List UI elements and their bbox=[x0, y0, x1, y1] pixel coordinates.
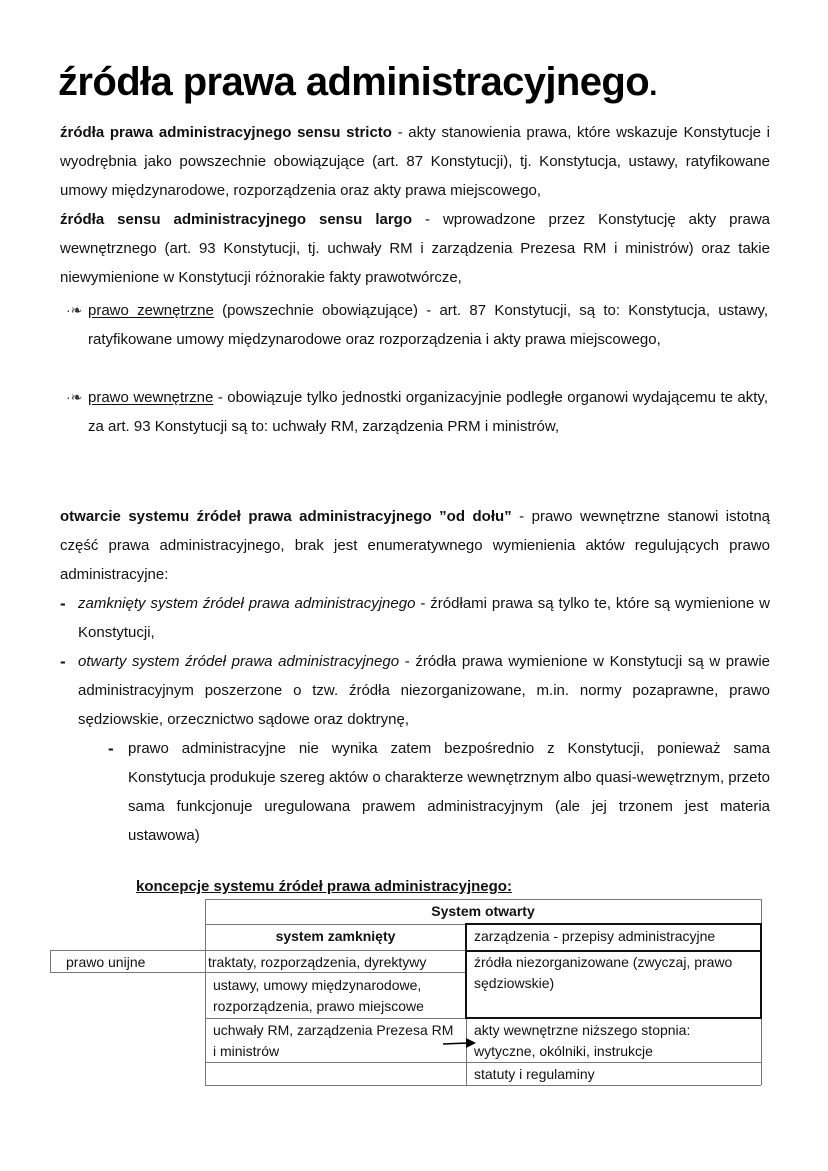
bullet-prawo-wewnetrzne: ·❧prawo wewnętrzne - obowiązuje tylko je… bbox=[88, 383, 768, 441]
table-rule bbox=[205, 1085, 761, 1086]
dash-bullet-icon: - bbox=[108, 734, 114, 763]
dash-item-zamkniety: -zamknięty system źródeł prawa administr… bbox=[78, 589, 770, 647]
table-cell bbox=[205, 1062, 466, 1085]
dash-item-otwarty: -otwarty system źródeł prawa administrac… bbox=[78, 647, 770, 734]
header-system-otwarty: System otwarty bbox=[205, 899, 761, 924]
bullet-term: prawo zewnętrzne bbox=[88, 302, 214, 319]
page-title-text: źródła prawa administracyjnego bbox=[58, 60, 649, 104]
table-rule bbox=[50, 950, 51, 972]
dash-term: zamknięty system źródeł prawa administra… bbox=[78, 595, 415, 612]
subdash-item: -prawo administracyjne nie wynika zatem … bbox=[128, 734, 770, 850]
page-title: źródła prawa administracyjnego. bbox=[58, 62, 657, 102]
paragraph-sensu-stricto: źródła prawa administracyjnego sensu str… bbox=[60, 118, 770, 205]
paragraph-sensu-largo: źródła sensu administracyjnego sensu lar… bbox=[60, 205, 770, 292]
bullet-prawo-zewnetrzne: ·❧prawo zewnętrzne (powszechnie obowiązu… bbox=[88, 296, 768, 354]
table-cell: statuty i regulaminy bbox=[466, 1062, 761, 1085]
page-title-dot: . bbox=[649, 69, 657, 102]
fern-bullet-icon: ·❧ bbox=[66, 296, 82, 325]
header-system-zamkniety: system zamknięty bbox=[205, 924, 466, 950]
term-sensu-largo: źródła sensu administracyjnego sensu lar… bbox=[60, 211, 412, 228]
term-sensu-stricto: źródła prawa administracyjnego sensu str… bbox=[60, 124, 392, 141]
subdash-text: prawo administracyjne nie wynika zatem b… bbox=[128, 740, 770, 844]
table-cell: ustawy, umowy międzynarodowe, rozporządz… bbox=[205, 973, 466, 1018]
arrow-right-icon bbox=[442, 1036, 478, 1050]
paragraph-otwarcie-systemu: otwarcie systemu źródeł prawa administra… bbox=[60, 502, 770, 589]
dash-bullet-icon: - bbox=[60, 647, 66, 676]
table-title: koncepcje systemu źródeł prawa administr… bbox=[136, 878, 512, 895]
table-cell: akty wewnętrzne niższego stopnia: wytycz… bbox=[466, 1018, 761, 1062]
fern-bullet-icon: ·❧ bbox=[66, 383, 82, 412]
table-cell: uchwały RM, zarządzenia Prezesa RM i min… bbox=[205, 1018, 466, 1062]
dash-term: otwarty system źródeł prawa administracy… bbox=[78, 653, 399, 670]
table-cell: traktaty, rozporządzenia, dyrektywy bbox=[200, 950, 466, 972]
header-zarzadzenia: zarządzenia - przepisy administracyjne bbox=[466, 924, 761, 950]
table-cell: źródła niezorganizowane (zwyczaj, prawo … bbox=[466, 950, 761, 1018]
dash-bullet-icon: - bbox=[60, 589, 66, 618]
row-label-prawo-unijne: prawo unijne bbox=[58, 950, 205, 972]
term-otwarcie-systemu: otwarcie systemu źródeł prawa administra… bbox=[60, 508, 512, 525]
bullet-term: prawo wewnętrzne bbox=[88, 389, 213, 406]
